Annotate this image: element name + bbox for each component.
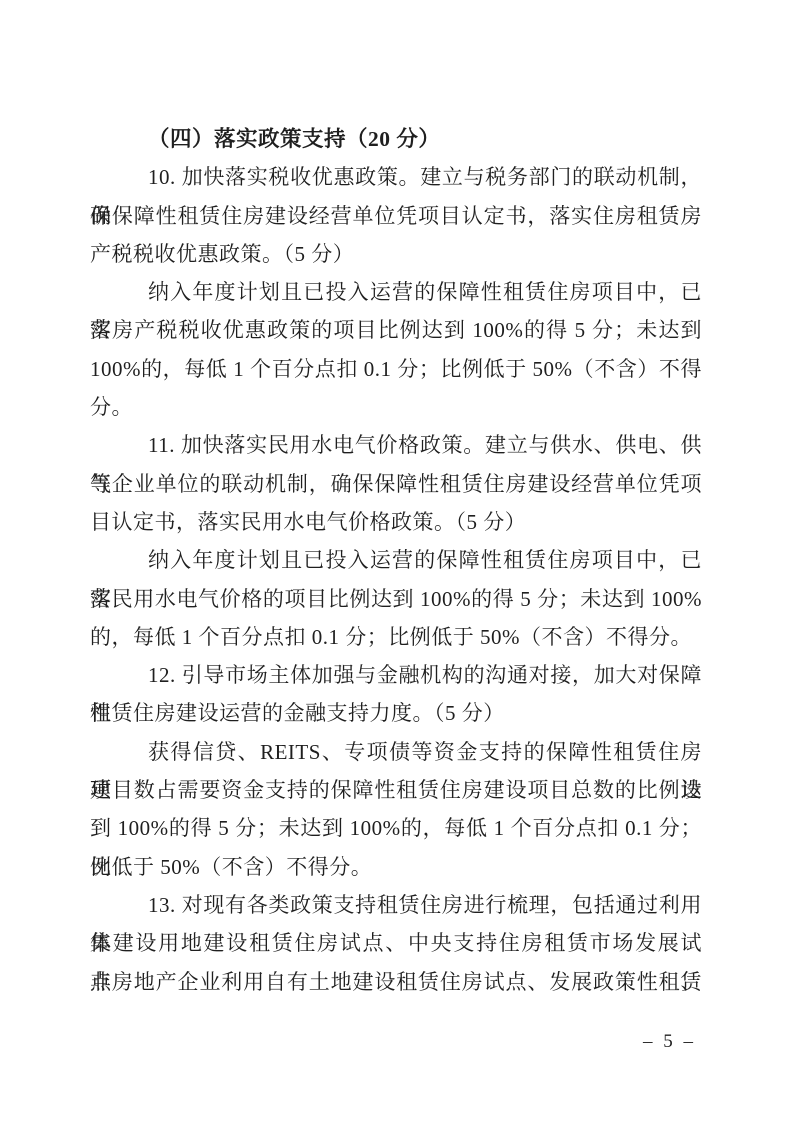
paragraph-item-11: 11. 加快落实民用水电气价格政策。建立与供水、供电、供气 等企业单位的联动机制… <box>90 426 702 541</box>
paragraph-item-12: 12. 引导市场主体加强与金融机构的沟通对接，加大对保障性 租赁住房建设运营的金… <box>90 656 702 733</box>
paragraph-line: 等企业单位的联动机制，确保保障性租赁住房建设经营单位凭项 <box>90 465 702 503</box>
paragraph-scoring-10: 纳入年度计划且已投入运营的保障性租赁住房项目中，已落 实房产税税收优惠政策的项目… <box>90 273 702 426</box>
paragraph-line: 12. 引导市场主体加强与金融机构的沟通对接，加大对保障性 <box>90 656 702 694</box>
paragraph-line: 10. 加快落实税收优惠政策。建立与税务部门的联动机制，确 <box>90 158 702 196</box>
paragraph-item-13: 13. 对现有各类政策支持租赁住房进行梳理，包括通过利用集 体建设用地建设租赁住… <box>90 886 702 1001</box>
paragraph-line: 13. 对现有各类政策支持租赁住房进行梳理，包括通过利用集 <box>90 886 702 924</box>
paragraph-line: 例低于 50%（不含）不得分。 <box>90 848 702 886</box>
paragraph-line: 体建设用地建设租赁住房试点、中央支持住房租赁市场发展试点、 <box>90 924 702 962</box>
paragraph-line: 100%的，每低 1 个百分点扣 0.1 分；比例低于 50%（不含）不得 <box>90 350 702 388</box>
paragraph-line: 纳入年度计划且已投入运营的保障性租赁住房项目中，已落 <box>90 541 702 579</box>
paragraph-line: 的，每低 1 个百分点扣 0.1 分；比例低于 50%（不含）不得分。 <box>90 618 702 656</box>
paragraph-line: 纳入年度计划且已投入运营的保障性租赁住房项目中，已落 <box>90 273 702 311</box>
paragraph-line: 租赁住房建设运营的金融支持力度。（5 分） <box>90 694 702 732</box>
paragraph-line: 非房地产企业利用自有土地建设租赁住房试点、发展政策性租赁 <box>90 963 702 1001</box>
paragraph-item-10: 10. 加快落实税收优惠政策。建立与税务部门的联动机制，确 保保障性租赁住房建设… <box>90 158 702 273</box>
paragraph-scoring-12: 获得信贷、REITS、专项债等资金支持的保障性租赁住房建设 项目数占需要资金支持… <box>90 733 702 886</box>
paragraph-line: 获得信贷、REITS、专项债等资金支持的保障性租赁住房建设 <box>90 733 702 771</box>
paragraph-line: 到 100%的得 5 分；未达到 100%的，每低 1 个百分点扣 0.1 分；… <box>90 809 702 847</box>
page-number: – 5 – <box>643 1030 694 1054</box>
paragraph-line: 项目数占需要资金支持的保障性租赁住房建设项目总数的比例达 <box>90 771 702 809</box>
paragraph-line: 11. 加快落实民用水电气价格政策。建立与供水、供电、供气 <box>90 426 702 464</box>
paragraph-line: 实房产税税收优惠政策的项目比例达到 100%的得 5 分；未达到 <box>90 311 702 349</box>
paragraph-line: 实民用水电气价格的项目比例达到 100%的得 5 分；未达到 100% <box>90 580 702 618</box>
paragraph-line: 保保障性租赁住房建设经营单位凭项目认定书，落实住房租赁房 <box>90 197 702 235</box>
paragraph-line: 分。 <box>90 388 702 426</box>
document-body: （四）落实政策支持（20 分） 10. 加快落实税收优惠政策。建立与税务部门的联… <box>90 120 702 1001</box>
document-page: （四）落实政策支持（20 分） 10. 加快落实税收优惠政策。建立与税务部门的联… <box>0 0 793 1122</box>
section-heading: （四）落实政策支持（20 分） <box>90 120 702 158</box>
paragraph-line: 产税税收优惠政策。（5 分） <box>90 235 702 273</box>
paragraph-scoring-11: 纳入年度计划且已投入运营的保障性租赁住房项目中，已落 实民用水电气价格的项目比例… <box>90 541 702 656</box>
paragraph-line: 目认定书，落实民用水电气价格政策。（5 分） <box>90 503 702 541</box>
